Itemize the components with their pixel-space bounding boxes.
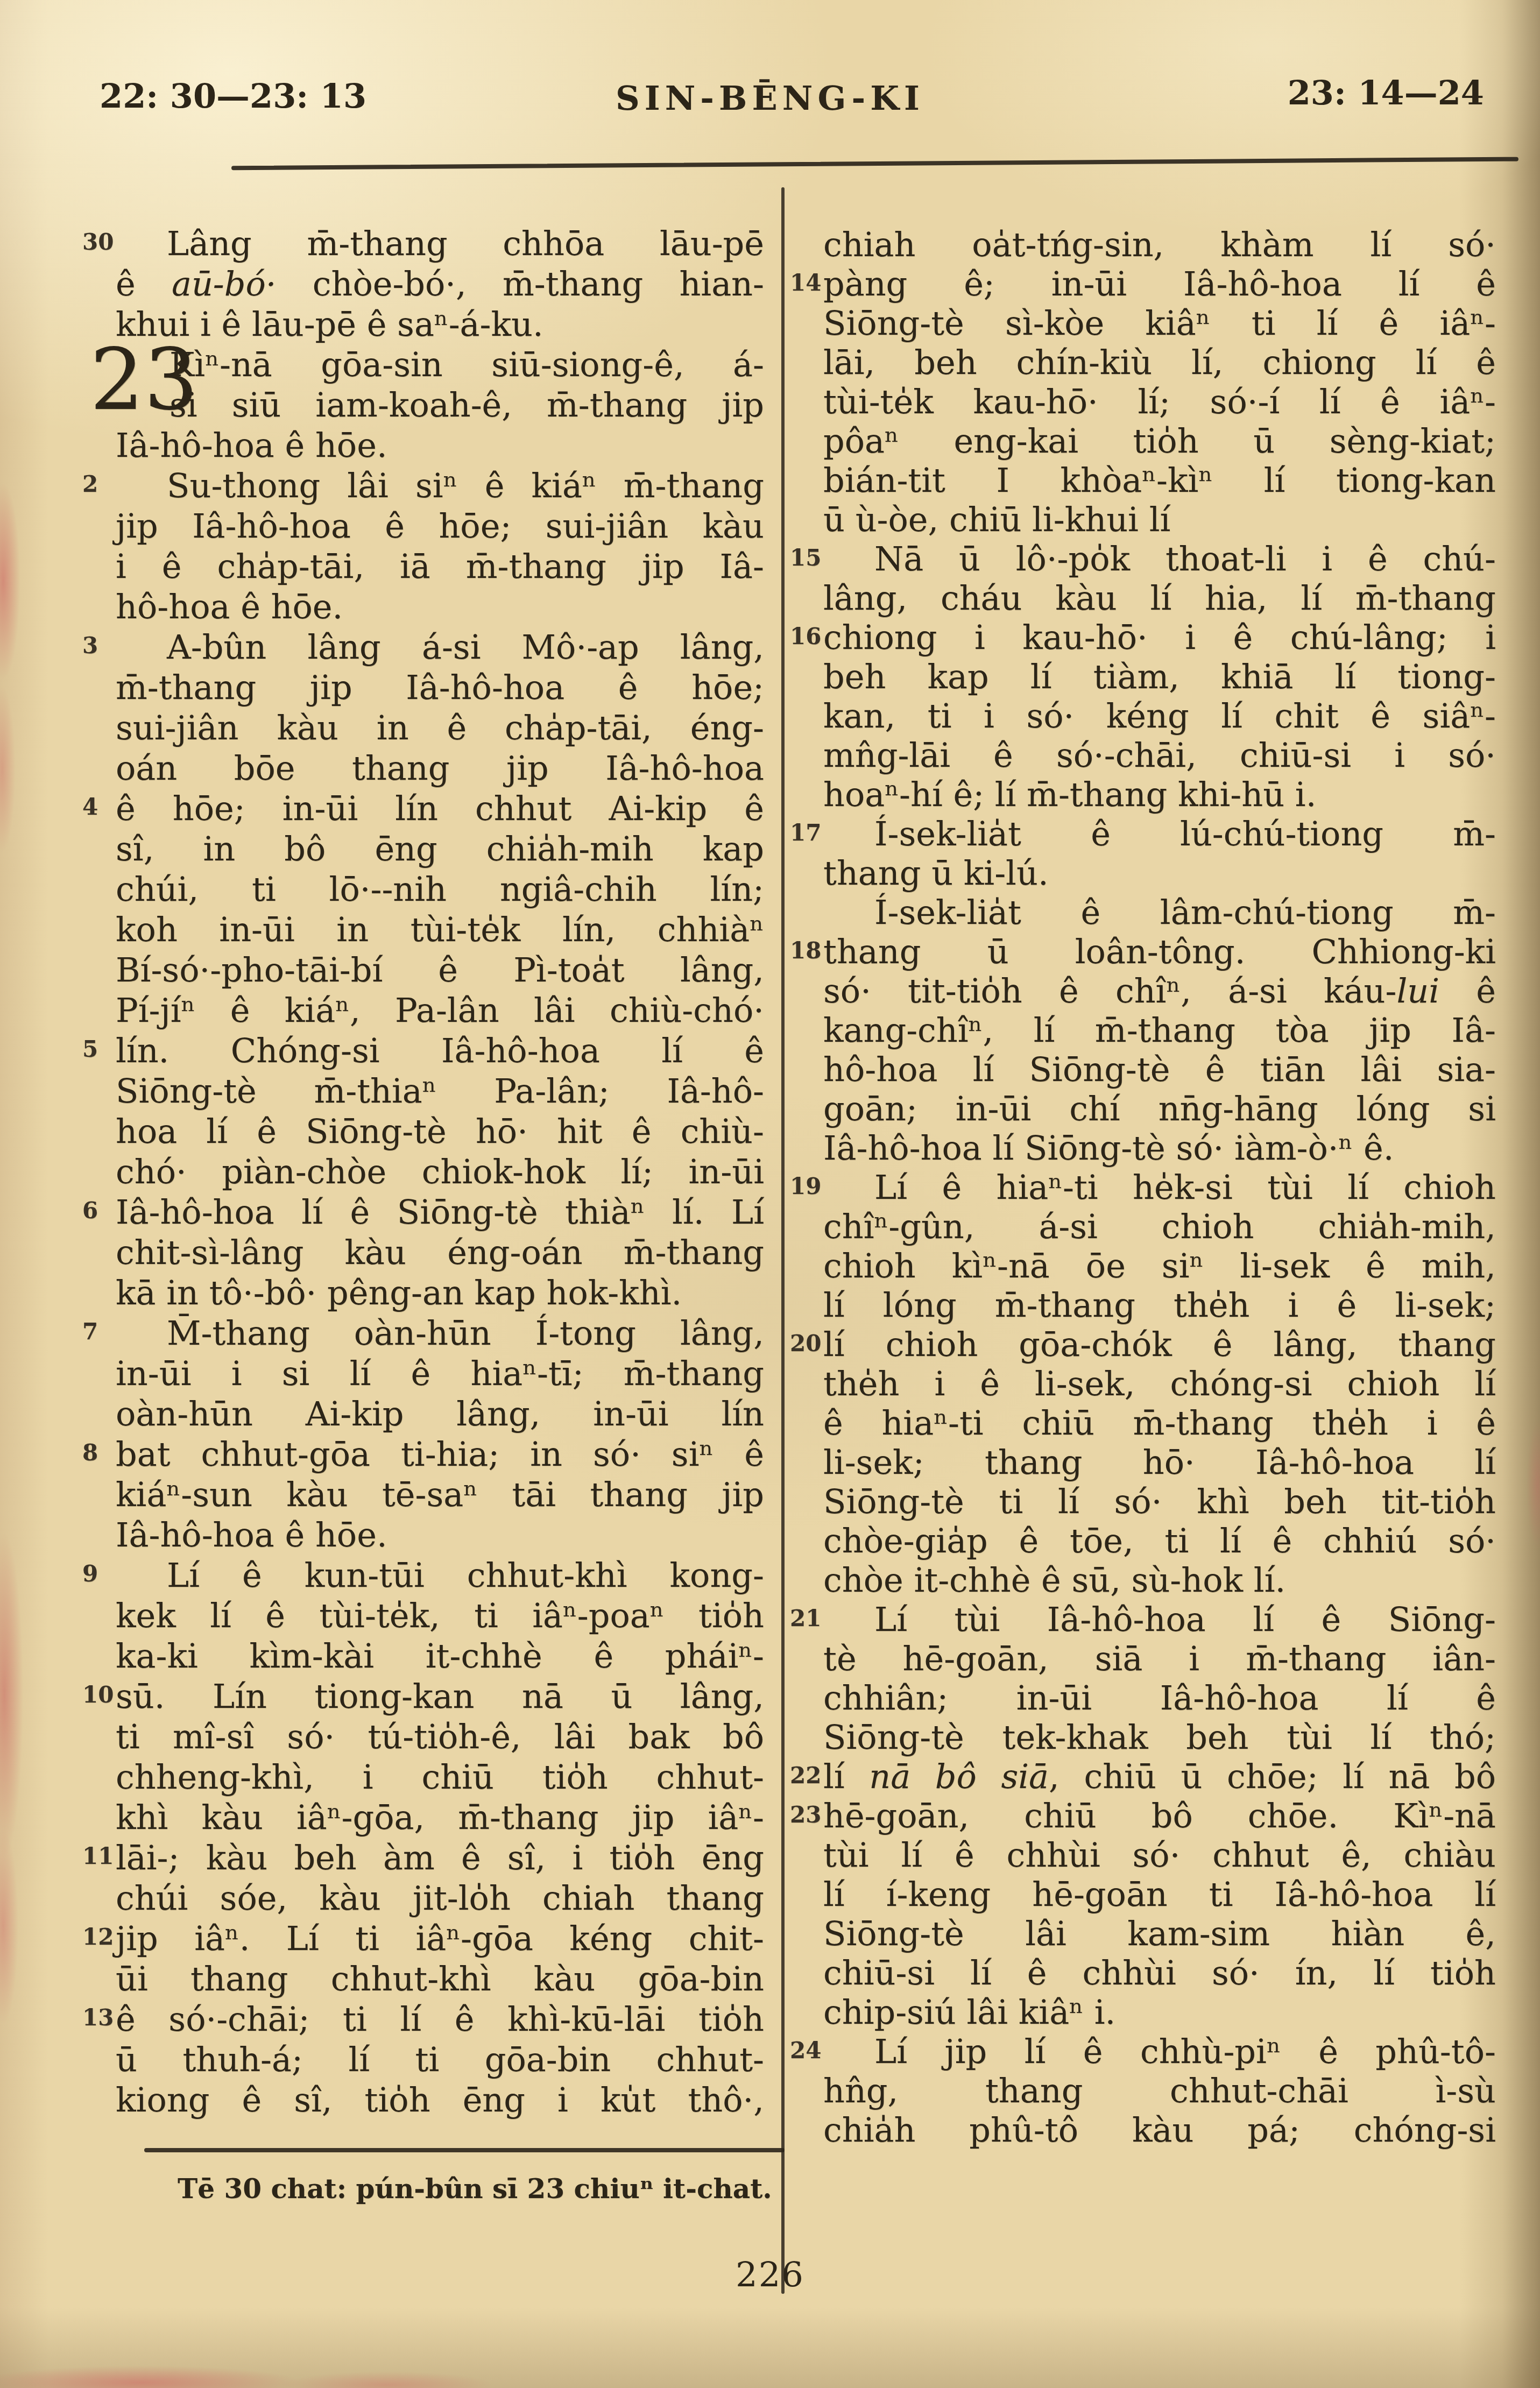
verse-number: 8 — [82, 1442, 114, 1464]
verse-line: si siū iam-koah-ê, m̄-thang jip — [169, 385, 764, 425]
verse-line: koh in-ūi in tùi-te̍k lín, chhiàⁿ — [116, 909, 764, 950]
verse-line: bián-tit I khòaⁿ-kìⁿ lí tiong-kan — [823, 461, 1496, 500]
verse-number: 20 — [790, 1332, 821, 1355]
verse-line: Siōng-tè sì-kòe kiâⁿ ti lí ê iâⁿ- — [823, 303, 1496, 343]
verse-line: khì kàu iâⁿ-gōa, m̄-thang jip iâⁿ- — [116, 1797, 764, 1838]
verse-number: 23 — [790, 1804, 821, 1826]
verse-line: ti mî-sî só· tú-tio̍h-ê, lâi bak bô — [116, 1716, 764, 1757]
header-verse-range-right: 23: 14—24 — [1288, 73, 1484, 112]
verse-line: 11lāi-; kàu beh àm ê sî, i tio̍h ēng — [116, 1838, 764, 1878]
verse-line: 21Lí tùi Iâ-hô-hoa lí ê Siōng- — [823, 1600, 1496, 1639]
verse-line: tùi lí ê chhùi só· chhut ê, chiàu — [823, 1835, 1496, 1875]
verse-number: 4 — [82, 796, 114, 818]
verse-line: mn̂g-lāi ê só·-chāi, chiū-si i só· — [823, 736, 1496, 775]
verse-line: 17Í-sek-lia̍t ê lú-chú-tiong m̄- — [823, 814, 1496, 853]
verse-line: hô-hoa lí Siōng-tè ê tiān lâi sia- — [823, 1050, 1496, 1089]
verse-line: Siōng-tè ti lí só· khì beh tit-tio̍h — [823, 1482, 1496, 1521]
verse-line: hô-hoa ê hōe. — [116, 587, 764, 627]
verse-line: khui i ê lāu-pē ê saⁿ-á-ku. — [116, 304, 764, 344]
verse-line: sî, in bô ēng chia̍h-mih kap — [116, 829, 764, 869]
verse-line: beh kap lí tiàm, khiā lí tiong- — [823, 657, 1496, 696]
verse-line: 3A-bûn lâng á-si Mô·-ap lâng, — [116, 627, 764, 667]
verse-line: chó· piàn-chòe chiok-hok lí; in-ūi — [116, 1151, 764, 1192]
verse-line: kek lí ê tùi-te̍k, ti iâⁿ-poaⁿ tio̍h — [116, 1595, 764, 1636]
footnote-rule — [144, 2148, 785, 2152]
verse-number: 3 — [82, 634, 114, 657]
verse-line: chúi sóe, kàu jit-lo̍h chiah thang — [116, 1878, 764, 1918]
verse-number: 12 — [82, 1926, 114, 1948]
verse-line: 23hē-goān, chiū bô chōe. Kìⁿ-nā — [823, 1796, 1496, 1835]
verse-line: hoaⁿ-hí ê; lí m̄-thang khi-hū i. — [823, 775, 1496, 814]
verse-number: 16 — [790, 625, 821, 648]
verse-line: chúi, ti lō·--nih ngiâ-chih lín; — [116, 869, 764, 909]
verse-line: Bí-só·-pho-tāi-bí ê Pì-toa̍t lâng, — [116, 950, 764, 990]
verse-line: sui-jiân kàu in ê cha̍p-tāi, éng- — [116, 708, 764, 748]
verse-line: 24Lí jip lí ê chhù-piⁿ ê phû-tô- — [823, 2032, 1496, 2071]
verse-line: hoa lí ê Siōng-tè hō· hit ê chiù- — [116, 1111, 764, 1151]
verse-line: jip Iâ-hô-hoa ê hōe; sui-jiân kàu — [116, 506, 764, 546]
verse-line: só· tit-tio̍h ê chîⁿ, á-si káu-lui ê — [823, 971, 1496, 1011]
verse-line: chheng-khì, i chiū tio̍h chhut- — [116, 1757, 764, 1797]
verse-line: ū thuh-á; lí ti gōa-bin chhut- — [116, 2039, 764, 2080]
verse-line: 30Lâng m̄-thang chhōa lāu-pē — [116, 223, 764, 264]
verse-line: 18thang ū loân-tông. Chhiong-ki — [823, 932, 1496, 971]
verse-line: Siōng-tè m̄-thiaⁿ Pa-lân; Iâ-hô- — [116, 1071, 764, 1111]
verse-number: 24 — [790, 2039, 821, 2062]
verse-line: 16chiong i kau-hō· i ê chú-lâng; i — [823, 618, 1496, 657]
verse-line: 19Lí ê hiaⁿ-ti he̍k-si tùi lí chioh — [823, 1168, 1496, 1207]
verse-line: Kìⁿ-nā gōa-sin siū-siong-ê, á- — [169, 344, 764, 385]
verse-line: ê aū-bó· chòe-bó·, m̄-thang hian- — [116, 264, 764, 304]
verse-line: oán bōe thang jip Iâ-hô-hoa — [116, 748, 764, 788]
verse-line: 15Nā ū lô·-po̍k thoat-li i ê chú- — [823, 539, 1496, 578]
verse-number: 30 — [82, 231, 114, 253]
verse-line: tè hē-goān, siā i m̄-thang iân- — [823, 1639, 1496, 1678]
verse-number: 2 — [82, 473, 114, 496]
verse-line: 22lí nā bô siā, chiū ū chōe; lí nā bô — [823, 1757, 1496, 1796]
verse-line: ka-ki kìm-kài it-chhè ê pháiⁿ- — [116, 1636, 764, 1676]
verse-line: Pí-jíⁿ ê kiáⁿ, Pa-lân lâi chiù-chó· — [116, 990, 764, 1030]
verse-line: chòe-gia̍p ê tōe, ti lí ê chhiú só· — [823, 1521, 1496, 1560]
verse-line: 6Iâ-hô-hoa lí ê Siōng-tè thiàⁿ lí. Lí — [116, 1192, 764, 1232]
verse-line: kang-chîⁿ, lí m̄-thang tòa jip Iâ- — [823, 1011, 1496, 1050]
verse-number: 14 — [790, 272, 821, 294]
verse-number: 5 — [82, 1038, 114, 1061]
verse-number: 11 — [82, 1845, 114, 1868]
header-rule — [231, 157, 1518, 171]
verse-line: 12jip iâⁿ. Lí ti iâⁿ-gōa kéng chit- — [116, 1918, 764, 1959]
verse-line: 14pàng ê; in-ūi Iâ-hô-hoa lí ê — [823, 264, 1496, 303]
column-divider-rule — [781, 187, 785, 2294]
verse-line: ūi thang chhut-khì kàu gōa-bin — [116, 1959, 764, 1999]
verse-line: kā in tô·-bô· pêng-an kap hok-khì. — [116, 1273, 764, 1313]
verse-line: chòe it-chhè ê sū, sù-hok lí. — [823, 1560, 1496, 1600]
verse-line: m̄-thang jip Iâ-hô-hoa ê hōe; — [116, 667, 764, 708]
verse-line: chiah oa̍t-tńg-sin, khàm lí só· — [823, 225, 1496, 264]
verse-line: 7M̄-thang oàn-hūn Í-tong lâng, — [116, 1313, 764, 1353]
footnote: Tē 30 chat: pún-bûn sī 23 chiuⁿ it-chat. — [178, 2173, 772, 2205]
verse-number: 17 — [790, 822, 821, 844]
page-number: 226 — [0, 2256, 1540, 2295]
scanned-book-page: 22: 30—23: 13 SIN-BĒNG-KI 23: 14—24 23 3… — [0, 0, 1540, 2388]
verse-number: 6 — [82, 1199, 114, 1222]
verse-line: chia̍h phû-tô kàu pá; chóng-si — [823, 2110, 1496, 2150]
verse-line: 5lín. Chóng-si Iâ-hô-hoa lí ê — [116, 1030, 764, 1071]
verse-number: 21 — [790, 1607, 821, 1630]
verse-line: kiáⁿ-sun kàu tē-saⁿ tāi thang jip — [116, 1474, 764, 1515]
verse-line: 13ê só·-chāi; ti lí ê khì-kū-lāi tio̍h — [116, 1999, 764, 2039]
text-column-left: 23 30Lâng m̄-thang chhōa lāu-pēê aū-bó· … — [116, 223, 764, 2120]
verse-line: Iâ-hô-hoa ê hōe. — [116, 425, 764, 465]
verse-line: in-ūi i si lí ê hiaⁿ-tī; m̄-thang — [116, 1353, 764, 1394]
verse-number: 7 — [82, 1320, 114, 1343]
verse-line: chiū-si lí ê chhùi só· ín, lí tio̍h — [823, 1953, 1496, 1993]
verse-line: chioh kìⁿ-nā ōe siⁿ li-sek ê mih, — [823, 1246, 1496, 1285]
verse-number: 10 — [82, 1684, 114, 1706]
verse-line: ū ù-òe, chiū li-khui lí — [823, 500, 1496, 539]
verse-line: lâng, cháu kàu lí hia, lí m̄-thang — [823, 578, 1496, 618]
verse-line: i ê cha̍p-tāi, iā m̄-thang jip Iâ- — [116, 546, 764, 587]
verse-line: 4ê hōe; in-ūi lín chhut Ai-kip ê — [116, 788, 764, 829]
verse-number: 18 — [790, 939, 821, 962]
verse-line: oàn-hūn Ai-kip lâng, in-ūi lín — [116, 1394, 764, 1434]
verse-line: lí í-keng hē-goān ti Iâ-hô-hoa lí — [823, 1875, 1496, 1914]
verse-line: Í-sek-lia̍t ê lâm-chú-tiong m̄- — [823, 893, 1496, 932]
verse-line: 9Lí ê kun-tūi chhut-khì kong- — [116, 1555, 764, 1595]
verse-line: kiong ê sî, tio̍h ēng i ku̍t thô·, — [116, 2080, 764, 2120]
verse-line: Siōng-tè tek-khak beh tùi lí thó; — [823, 1718, 1496, 1757]
verse-line: thang ū ki-lú. — [823, 853, 1496, 893]
verse-number: 19 — [790, 1175, 821, 1198]
verse-line: chîⁿ-gûn, á-si chioh chia̍h-mih, — [823, 1207, 1496, 1246]
verse-line: hn̂g, thang chhut-chāi ì-sù — [823, 2071, 1496, 2110]
verse-line: goān; in-ūi chí nn̄g-hāng lóng si — [823, 1089, 1496, 1128]
verse-line: Siōng-tè lâi kam-sim hiàn ê, — [823, 1914, 1496, 1953]
verse-line: lí lóng m̄-thang the̍h i ê li-sek; — [823, 1285, 1496, 1325]
verse-line: chip-siú lâi kiâⁿ i. — [823, 1993, 1496, 2032]
verse-line: kan, ti i só· kéng lí chit ê siâⁿ- — [823, 696, 1496, 736]
verse-line: tùi-te̍k kau-hō· lí; só·-í lí ê iâⁿ- — [823, 382, 1496, 421]
verse-line: Iâ-hô-hoa ê hōe. — [116, 1515, 764, 1555]
verse-number: 9 — [82, 1563, 114, 1585]
verse-line: Iâ-hô-hoa lí Siōng-tè só· iàm-ò·ⁿ ê. — [823, 1128, 1496, 1168]
verse-line: li-sek; thang hō· Iâ-hô-hoa lí — [823, 1443, 1496, 1482]
verse-line: chhiân; in-ūi Iâ-hô-hoa lí ê — [823, 1678, 1496, 1718]
verse-line: 2Su-thong lâi siⁿ ê kiáⁿ m̄-thang — [116, 465, 764, 506]
text-column-right: chiah oa̍t-tńg-sin, khàm lí só·14pàng ê;… — [823, 225, 1496, 2150]
verse-line: chit-sì-lâng kàu éng-oán m̄-thang — [116, 1232, 764, 1273]
verse-line: 8bat chhut-gōa ti-hia; in só· siⁿ ê — [116, 1434, 764, 1474]
verse-line: pôaⁿ eng-kai tio̍h ū sèng-kiat; — [823, 421, 1496, 461]
verse-number: 22 — [790, 1764, 821, 1787]
verse-line: lāi, beh chín-kiù lí, chiong lí ê — [823, 343, 1496, 382]
verse-line: 10sū. Lín tiong-kan nā ū lâng, — [116, 1676, 764, 1716]
verse-number: 13 — [82, 2007, 114, 2029]
verse-number: 15 — [790, 547, 821, 569]
verse-line: ê hiaⁿ-ti chiū m̄-thang the̍h i ê — [823, 1403, 1496, 1443]
verse-line: the̍h i ê li-sek, chóng-si chioh lí — [823, 1364, 1496, 1403]
verse-line: 20lí chioh gōa-chók ê lâng, thang — [823, 1325, 1496, 1364]
